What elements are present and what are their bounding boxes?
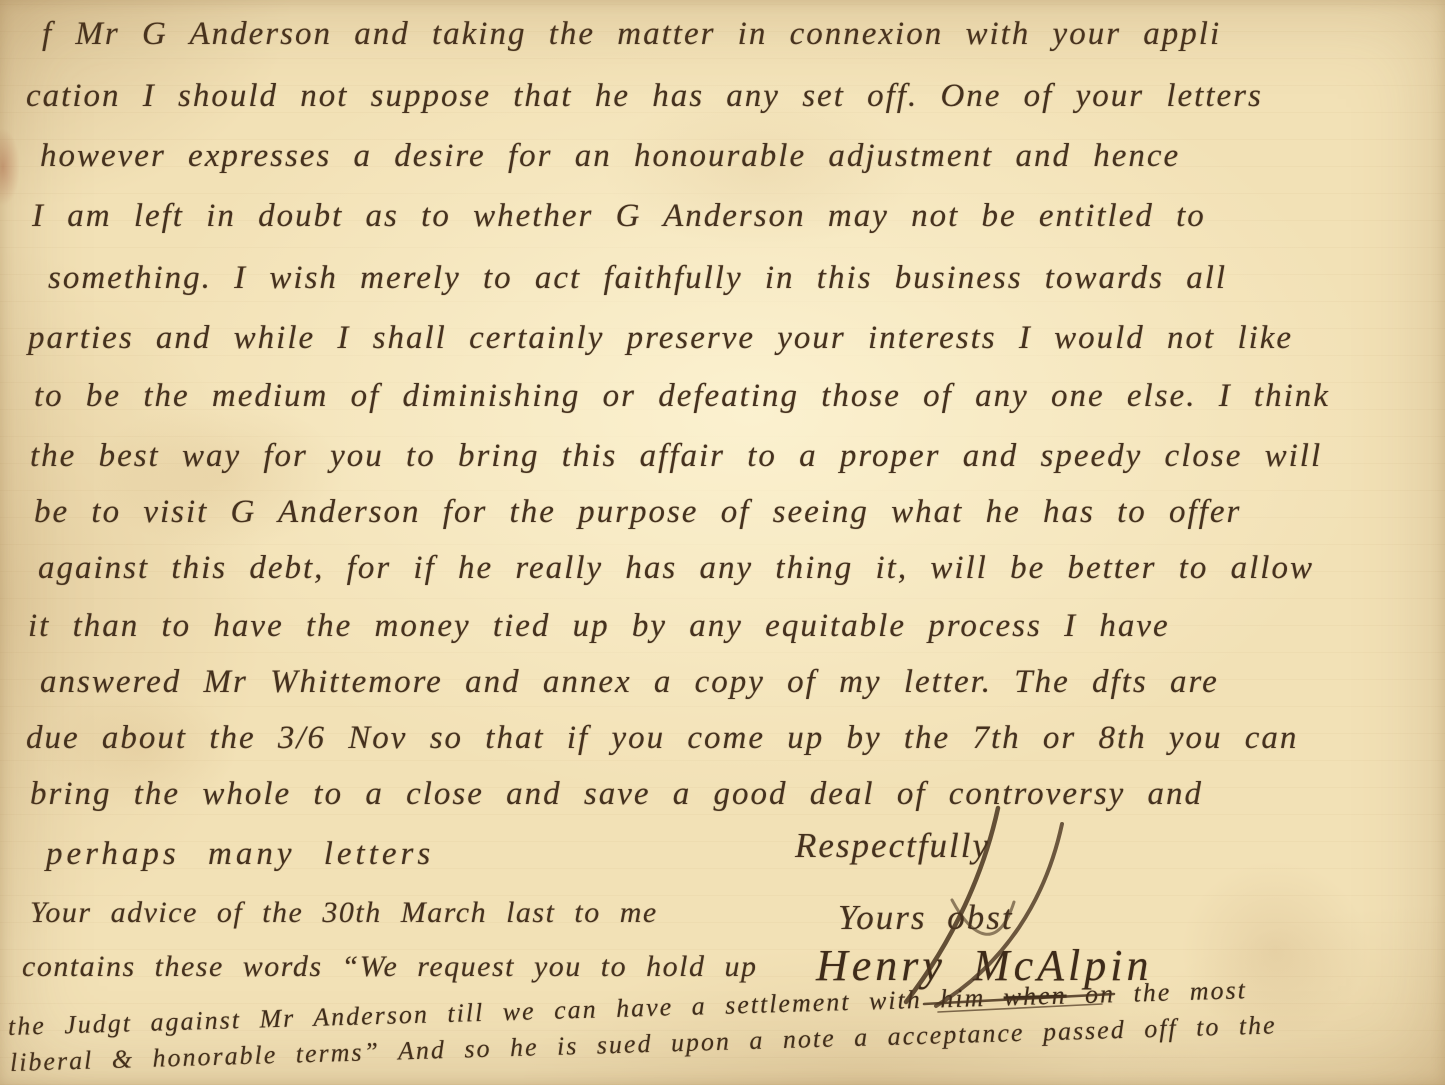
letter-line: however expresses a desire for an honour… xyxy=(40,138,1180,175)
letter-line: bring the whole to a close and save a go… xyxy=(30,776,1203,813)
letter-line: due about the 3/6 Nov so that if you com… xyxy=(26,720,1298,757)
letter-line: parties and while I shall certainly pres… xyxy=(28,320,1293,357)
struck-word: when xyxy=(1003,981,1067,1012)
closing-signoff: Yours obst xyxy=(838,898,1014,938)
letter-page: f Mr G Anderson and taking the matter in… xyxy=(0,0,1445,1085)
postscript-line: Your advice of the 30th March last to me xyxy=(30,896,658,930)
letter-line: to be the medium of diminishing or defea… xyxy=(34,378,1330,415)
ink-smudge xyxy=(0,128,20,206)
letter-line: be to visit G Anderson for the purpose o… xyxy=(34,494,1241,531)
closing-respectfully: Respectfully xyxy=(795,826,990,866)
letter-line: cation I should not suppose that he has … xyxy=(26,78,1263,115)
letter-line: perhaps many letters xyxy=(46,836,434,873)
letter-line: it than to have the money tied up by any… xyxy=(28,608,1170,645)
letter-line: f Mr G Anderson and taking the matter in… xyxy=(42,16,1221,53)
addendum-text: on the most xyxy=(1066,975,1247,1009)
letter-line: something. I wish merely to act faithful… xyxy=(48,260,1227,297)
postscript-line: contains these words “We request you to … xyxy=(22,950,757,984)
letter-line: against this debt, for if he really has … xyxy=(38,550,1314,587)
letter-line: I am left in doubt as to whether G Ander… xyxy=(32,198,1206,235)
letter-line: the best way for you to bring this affai… xyxy=(30,438,1322,475)
letter-line: answered Mr Whittemore and annex a copy … xyxy=(40,664,1219,701)
